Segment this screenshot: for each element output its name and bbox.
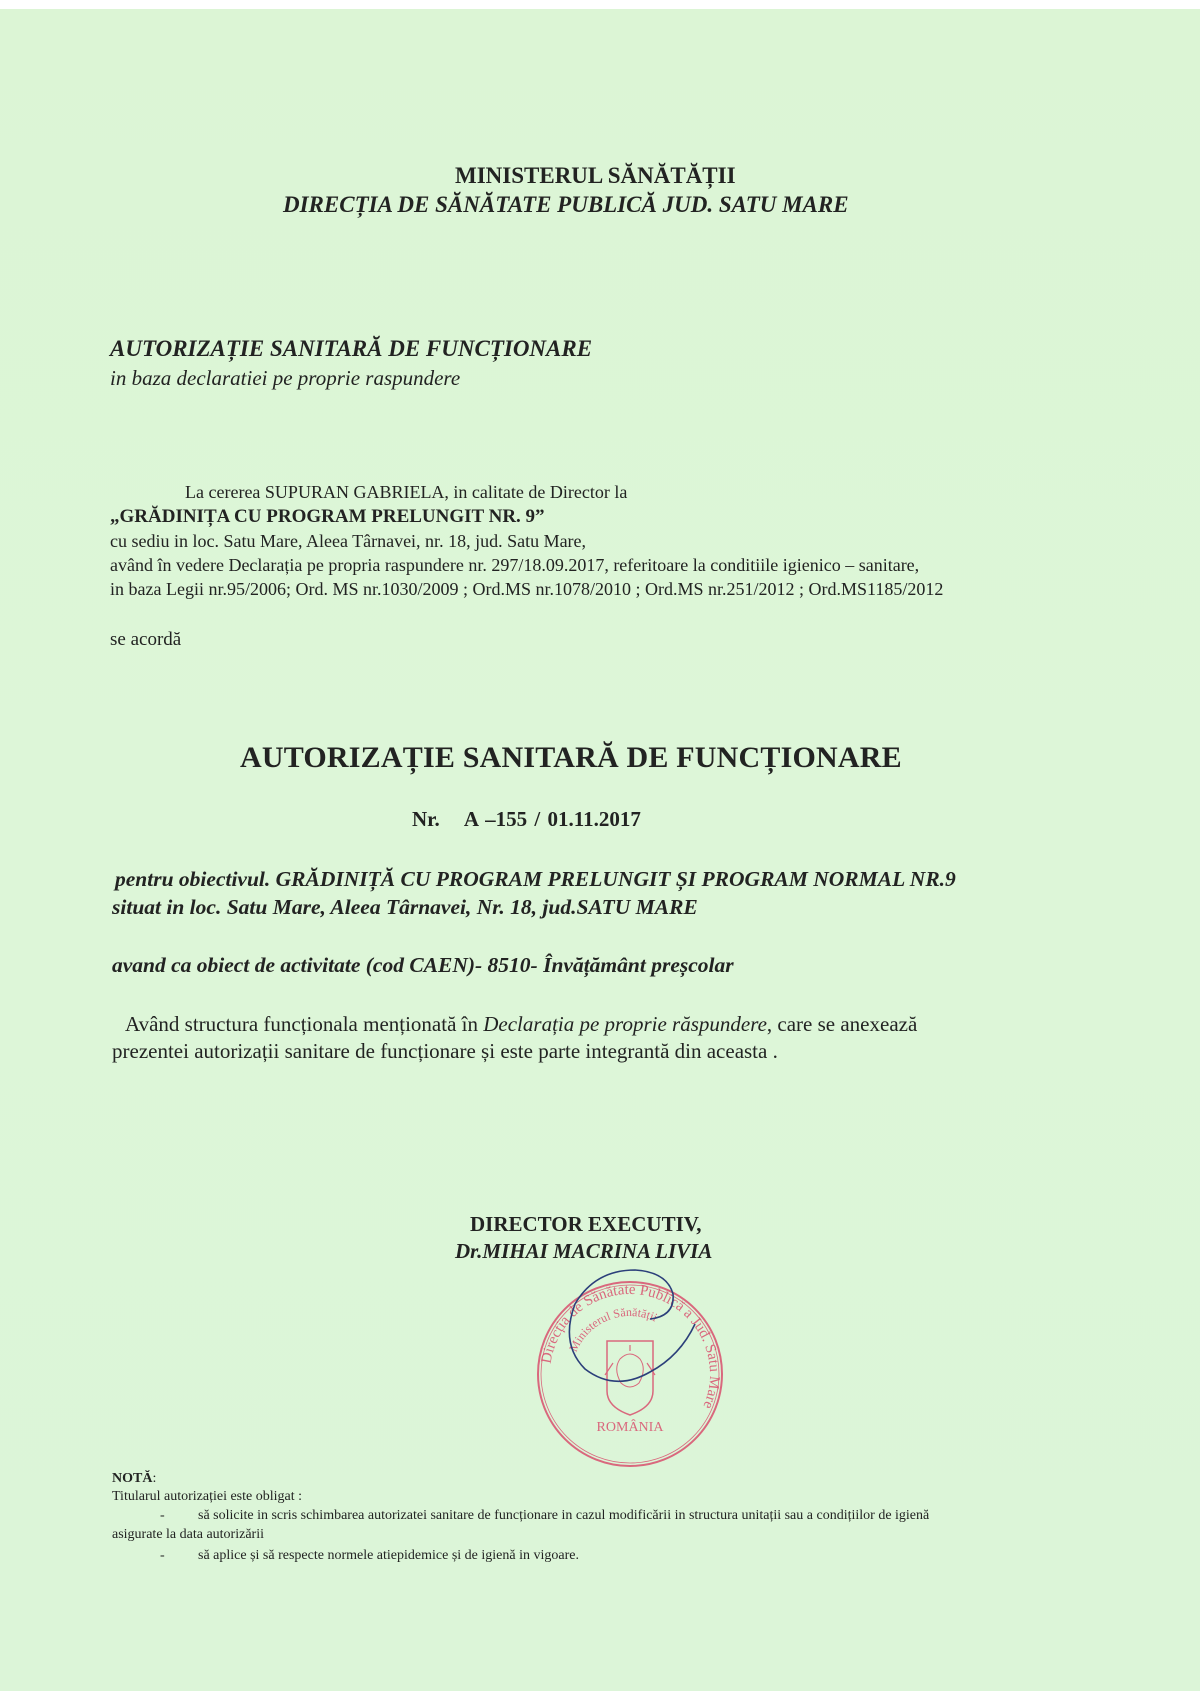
request-address: cu sediu in loc. Satu Mare, Aleea Târnav…: [110, 531, 586, 552]
objective-activity: avand ca obiect de activitate (cod CAEN)…: [112, 953, 734, 978]
structure-text: Având structura funcționala menționată î…: [125, 1012, 483, 1036]
signatory-name: Dr.MIHAI MACRINA LIVIA: [455, 1239, 712, 1264]
stamp-country: ROMÂNIA: [597, 1418, 665, 1435]
note-bullet: -: [160, 1508, 198, 1524]
grant-text: se acordă: [110, 629, 181, 651]
note-heading-text: NOTĂ: [112, 1471, 152, 1486]
document-type-subtitle: in baza declaratiei pe proprie raspunder…: [110, 366, 460, 391]
signature: [555, 1264, 705, 1404]
objective-name: GRĂDINIȚĂ CU PROGRAM PRELUNGIT ȘI PROGRA…: [276, 867, 956, 891]
note-heading: NOTĂ:: [112, 1471, 156, 1487]
request-line-applicant: La cererea SUPURAN GABRIELA, in calitate…: [185, 482, 627, 503]
note-item: -să aplice și să respecte normele atiepi…: [160, 1548, 579, 1564]
structure-line-1: Având structura funcționala menționată î…: [125, 1012, 917, 1037]
note-item-text: să aplice și să respecte normele atiepid…: [198, 1548, 579, 1563]
authorization-title: AUTORIZAȚIE SANITARĂ DE FUNCȚIONARE: [240, 741, 902, 775]
objective-location: situat in loc. Satu Mare, Aleea Târnavei…: [112, 895, 698, 920]
authorization-number-line: Nr. A –155 / 01.11.2017: [412, 807, 641, 832]
note-item: -să solicite in scris schimbarea autoriz…: [160, 1508, 929, 1524]
declaration-reference: Declarația pe proprie răspundere: [483, 1012, 767, 1036]
note-item-continuation: asigurate la data autorizării: [112, 1527, 264, 1543]
note-intro: Titularul autorizației este obligat :: [112, 1489, 302, 1505]
document-page: MINISTERUL SĂNĂTĂȚII DIRECȚIA DE SĂNĂTAT…: [0, 9, 1200, 1691]
note-item-text: să solicite in scris schimbarea autoriza…: [198, 1508, 929, 1523]
directorate-heading: DIRECȚIA DE SĂNĂTATE PUBLICĂ JUD. SATU M…: [283, 192, 849, 218]
signatory-title: DIRECTOR EXECUTIV,: [470, 1212, 701, 1237]
nr-label: Nr.: [412, 807, 440, 831]
authorization-date: 01.11.2017: [548, 807, 641, 831]
request-legal-basis: in baza Legii nr.95/2006; Ord. MS nr.103…: [110, 579, 943, 600]
authorization-number: A –155: [464, 807, 527, 831]
request-institution: „GRĂDINIȚA CU PROGRAM PRELUNGIT NR. 9”: [110, 506, 545, 528]
document-type-title: AUTORIZAȚIE SANITARĂ DE FUNCȚIONARE: [110, 336, 592, 362]
note-heading-colon: :: [152, 1471, 156, 1486]
ministry-heading: MINISTERUL SĂNĂTĂȚII: [455, 163, 736, 189]
request-declaration: având în vedere Declarația pe propria ra…: [110, 555, 919, 576]
structure-line-2: prezentei autorizații sanitare de funcți…: [112, 1039, 778, 1064]
objective-line: pentru obiectivul. GRĂDINIȚĂ CU PROGRAM …: [115, 867, 956, 892]
number-separator: /: [534, 807, 540, 831]
structure-text-end: , care se anexează: [767, 1012, 917, 1036]
note-bullet: -: [160, 1548, 198, 1564]
objective-label: pentru obiectivul.: [115, 867, 270, 891]
